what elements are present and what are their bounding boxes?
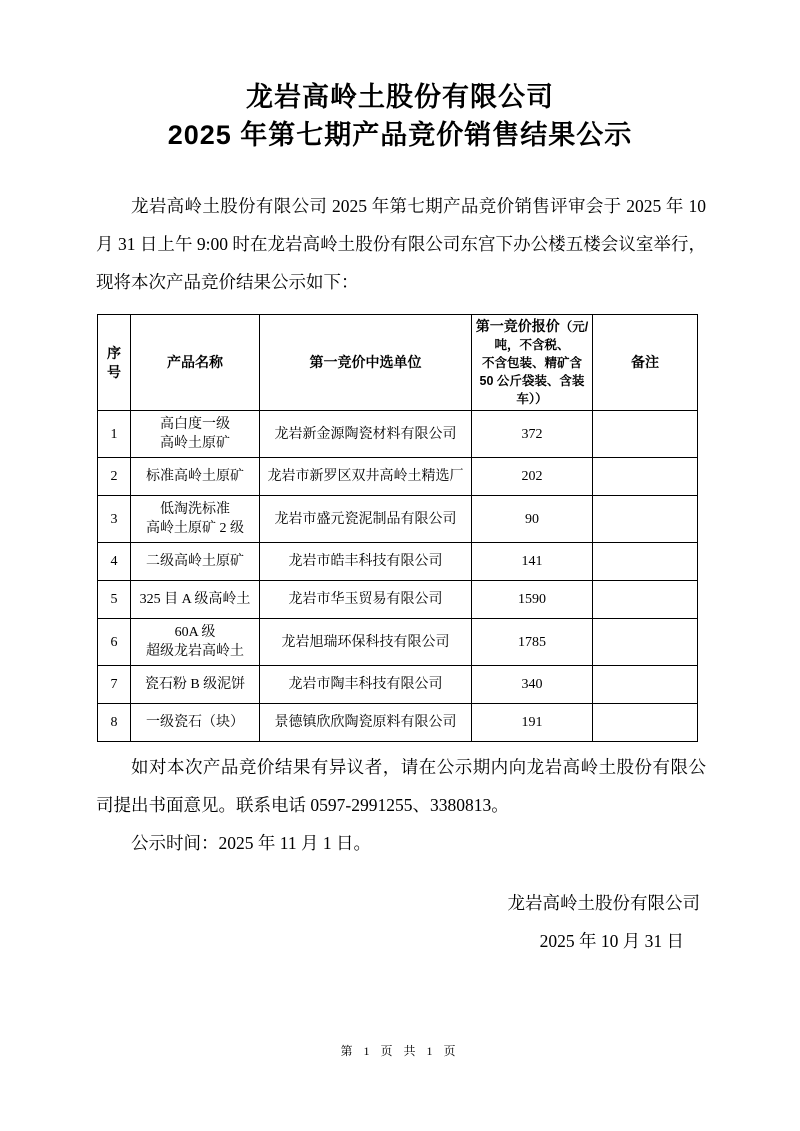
- cell-winning-unit: 龙岩新金源陶瓷材料有限公司: [260, 411, 472, 458]
- cell-bid-price: 1785: [472, 619, 593, 666]
- cell-seq-no: 2: [98, 458, 131, 496]
- cell-winning-unit: 龙岩市皓丰科技有限公司: [260, 543, 472, 581]
- table-row: 1高白度一级 高岭土原矿龙岩新金源陶瓷材料有限公司372: [98, 411, 698, 458]
- cell-product-name: 标准高岭土原矿: [131, 458, 260, 496]
- document-title: 龙岩高岭土股份有限公司 2025 年第七期产品竞价销售结果公示: [0, 0, 800, 154]
- cell-winning-unit: 龙岩市新罗区双井高岭土精选厂: [260, 458, 472, 496]
- table-row: 5325 目 A 级高岭土龙岩市华玉贸易有限公司1590: [98, 581, 698, 619]
- signature-company: 龙岩高岭土股份有限公司: [0, 884, 800, 922]
- header-bid-price: 第一竞价报价（元/吨，不含税、 不含包装、精矿含 50 公斤袋装、含装 车））: [472, 315, 593, 411]
- header-bid-price-title: 第一竞价报价: [476, 318, 560, 334]
- cell-bid-price: 202: [472, 458, 593, 496]
- publicity-time-paragraph: 公示时间：2025 年 11 月 1 日。: [96, 824, 706, 862]
- table-header-row: 序 号 产品名称 第一竞价中选单位 第一竞价报价（元/吨，不含税、 不含包装、精…: [98, 315, 698, 411]
- cell-product-name: 60A 级 超级龙岩高岭土: [131, 619, 260, 666]
- cell-winning-unit: 龙岩市华玉贸易有限公司: [260, 581, 472, 619]
- cell-seq-no: 8: [98, 704, 131, 742]
- cell-seq-no: 7: [98, 666, 131, 704]
- intro-paragraph: 龙岩高岭土股份有限公司 2025 年第七期产品竞价销售评审会于 2025 年 1…: [96, 187, 706, 301]
- cell-remarks: [593, 411, 698, 458]
- table-row: 4二级高岭土原矿龙岩市皓丰科技有限公司141: [98, 543, 698, 581]
- cell-product-name: 二级高岭土原矿: [131, 543, 260, 581]
- header-seq-no: 序 号: [98, 315, 131, 411]
- table-row: 7瓷石粉 B 级泥饼龙岩市陶丰科技有限公司340: [98, 666, 698, 704]
- table-row: 660A 级 超级龙岩高岭土龙岩旭瑞环保科技有限公司1785: [98, 619, 698, 666]
- page-number-footer: 第 1 页 共 1 页: [0, 1042, 800, 1059]
- cell-bid-price: 340: [472, 666, 593, 704]
- signature-block: 龙岩高岭土股份有限公司 2025 年 10 月 31 日: [0, 884, 800, 960]
- cell-product-name: 低淘洗标准 高岭土原矿 2 级: [131, 496, 260, 543]
- cell-bid-price: 372: [472, 411, 593, 458]
- cell-bid-price: 1590: [472, 581, 593, 619]
- cell-winning-unit: 龙岩市陶丰科技有限公司: [260, 666, 472, 704]
- cell-product-name: 瓷石粉 B 级泥饼: [131, 666, 260, 704]
- title-line-2: 2025 年第七期产品竞价销售结果公示: [0, 116, 800, 154]
- cell-seq-no: 1: [98, 411, 131, 458]
- cell-seq-no: 5: [98, 581, 131, 619]
- cell-winning-unit: 景德镇欣欣陶瓷原料有限公司: [260, 704, 472, 742]
- cell-seq-no: 3: [98, 496, 131, 543]
- cell-bid-price: 141: [472, 543, 593, 581]
- table-row: 8一级瓷石（块）景德镇欣欣陶瓷原料有限公司191: [98, 704, 698, 742]
- table-row: 2标准高岭土原矿龙岩市新罗区双井高岭土精选厂202: [98, 458, 698, 496]
- cell-remarks: [593, 704, 698, 742]
- cell-bid-price: 191: [472, 704, 593, 742]
- bidding-results-table: 序 号 产品名称 第一竞价中选单位 第一竞价报价（元/吨，不含税、 不含包装、精…: [97, 314, 698, 742]
- title-line-1: 龙岩高岭土股份有限公司: [0, 78, 800, 116]
- cell-remarks: [593, 458, 698, 496]
- cell-product-name: 325 目 A 级高岭土: [131, 581, 260, 619]
- header-remarks: 备注: [593, 315, 698, 411]
- cell-remarks: [593, 496, 698, 543]
- header-product-name: 产品名称: [131, 315, 260, 411]
- cell-remarks: [593, 619, 698, 666]
- document-page: 龙岩高岭土股份有限公司 2025 年第七期产品竞价销售结果公示 龙岩高岭土股份有…: [0, 0, 800, 1131]
- cell-remarks: [593, 543, 698, 581]
- cell-winning-unit: 龙岩市盛元瓷泥制品有限公司: [260, 496, 472, 543]
- objection-paragraph: 如对本次产品竞价结果有异议者，请在公示期内向龙岩高岭土股份有限公司提出书面意见。…: [96, 748, 706, 824]
- cell-remarks: [593, 666, 698, 704]
- table-row: 3低淘洗标准 高岭土原矿 2 级龙岩市盛元瓷泥制品有限公司90: [98, 496, 698, 543]
- cell-winning-unit: 龙岩旭瑞环保科技有限公司: [260, 619, 472, 666]
- cell-remarks: [593, 581, 698, 619]
- cell-bid-price: 90: [472, 496, 593, 543]
- signature-date: 2025 年 10 月 31 日: [0, 922, 800, 960]
- cell-seq-no: 6: [98, 619, 131, 666]
- header-winning-unit: 第一竞价中选单位: [260, 315, 472, 411]
- cell-product-name: 高白度一级 高岭土原矿: [131, 411, 260, 458]
- cell-seq-no: 4: [98, 543, 131, 581]
- cell-product-name: 一级瓷石（块）: [131, 704, 260, 742]
